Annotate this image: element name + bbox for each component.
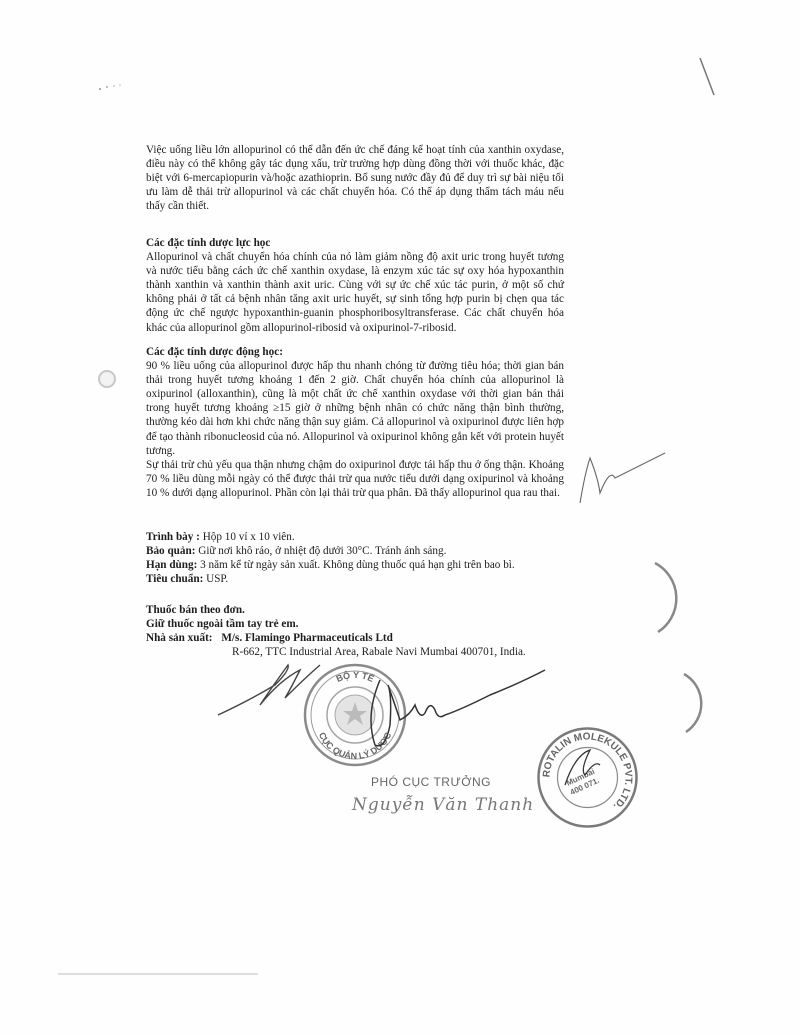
partial-seal-lower (680, 670, 720, 740)
pharmacodynamics-section: Các đặc tính dược lực học Allopurinol và… (146, 236, 564, 335)
company-seal: ROTALIN MOLEKULE PVT. LTD. Mumbai 400 07… (535, 725, 640, 830)
warnings-section: Thuốc bán theo đơn. Giữ thuốc ngoài tầm … (146, 603, 586, 659)
storage-row: Bảo quản: Giữ nơi khô ráo, ở nhiệt độ dư… (146, 544, 586, 558)
signature-left (210, 660, 360, 730)
punch-hole (98, 370, 116, 388)
children-warning: Giữ thuốc ngoài tầm tay trẻ em. (146, 617, 586, 631)
pharmacokinetics-heading: Các đặc tính dược động học: (146, 345, 564, 359)
pharmacodynamics-heading: Các đặc tính dược lực học (146, 236, 564, 250)
standard-row: Tiêu chuẩn: USP. (146, 572, 586, 586)
overdose-section: Việc uống liều lớn allopurinol có thể dẫ… (146, 143, 564, 213)
partial-seal-upper (650, 560, 700, 640)
pen-mark (695, 55, 725, 105)
packaging-row: Trình bày : Hộp 10 vỉ x 10 viên. (146, 530, 586, 544)
stamp-title: PHÓ CỤC TRƯỞNG (371, 775, 491, 789)
initials-mark (570, 448, 670, 518)
pharmacodynamics-text: Allopurinol và chất chuyển hóa chính của… (146, 250, 564, 335)
manufacturer-address: R-662, TTC Industrial Area, Rabale Navi … (146, 645, 586, 659)
manufacturer-label: Nhà sản xuất: (146, 632, 213, 644)
document-page: Việc uống liều lớn allopurinol có thể dẫ… (0, 0, 800, 1035)
scan-artifact-line (58, 973, 258, 975)
prescription-warning: Thuốc bán theo đơn. (146, 603, 586, 617)
signature-center (360, 665, 560, 755)
manufacturer-row: Nhà sản xuất: M/s. Flamingo Pharmaceutic… (146, 631, 586, 645)
scan-specks (95, 80, 135, 100)
pharmacokinetics-text-1: 90 % liều uống của allopurinol được hấp … (146, 359, 564, 458)
stamp-name: Nguyễn Văn Thanh (352, 795, 534, 815)
expiry-row: Hạn dùng: 3 năm kể từ ngày sản xuất. Khô… (146, 558, 586, 572)
pharmacokinetics-text-2: Sự thải trừ chủ yếu qua thận nhưng chậm … (146, 458, 564, 500)
product-info-section: Trình bày : Hộp 10 vỉ x 10 viên. Bảo quả… (146, 530, 586, 586)
pharmacokinetics-section: Các đặc tính dược động học: 90 % liều uố… (146, 345, 564, 500)
manufacturer-name: M/s. Flamingo Pharmaceuticals Ltd (221, 632, 393, 644)
overdose-paragraph: Việc uống liều lớn allopurinol có thể dẫ… (146, 143, 564, 213)
